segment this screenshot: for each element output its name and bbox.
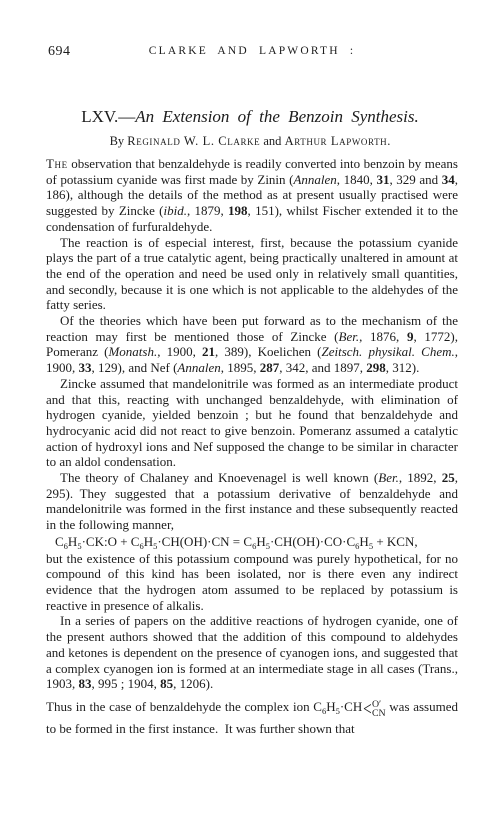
- paragraph: In a series of papers on the additive re…: [46, 613, 458, 692]
- journal-page: 694 CLARKE AND LAPWORTH : LXV.—An Extens…: [0, 0, 500, 825]
- article-number: LXV.—: [81, 107, 135, 126]
- paragraph: The observation that benzaldehyde is rea…: [46, 156, 458, 235]
- page-header: 694 CLARKE AND LAPWORTH :: [46, 44, 458, 62]
- chemical-equation: C6H5·CK:O + C6H5·CH(OH)·CN = C6H5·CH(OH)…: [46, 534, 458, 550]
- article-body: The observation that benzaldehyde is rea…: [46, 156, 458, 740]
- paragraph: Of the theories which have been put forw…: [46, 313, 458, 376]
- angle-bracket: <: [363, 700, 372, 719]
- byline: By Reginald W. L. Clarke and Arthur Lapw…: [0, 134, 500, 149]
- running-head: CLARKE AND LAPWORTH :: [46, 45, 458, 57]
- article-title: LXV.—An Extension of the Benzoin Synthes…: [0, 107, 500, 127]
- article-title-text: An Extension of the Benzoin Synthesis.: [135, 107, 418, 126]
- complex-ion-formula: <O′CN: [362, 700, 385, 720]
- paragraph: Zincke assumed that mandelonitrile was f…: [46, 376, 458, 470]
- paragraph: Thus in the case of benzaldehyde the com…: [46, 697, 458, 740]
- paragraph: The theory of Chalaney and Knoevenagel i…: [46, 470, 458, 533]
- paragraph: The reaction is of especial interest, fi…: [46, 235, 458, 314]
- paragraph: but the existence of this potassium comp…: [46, 551, 458, 614]
